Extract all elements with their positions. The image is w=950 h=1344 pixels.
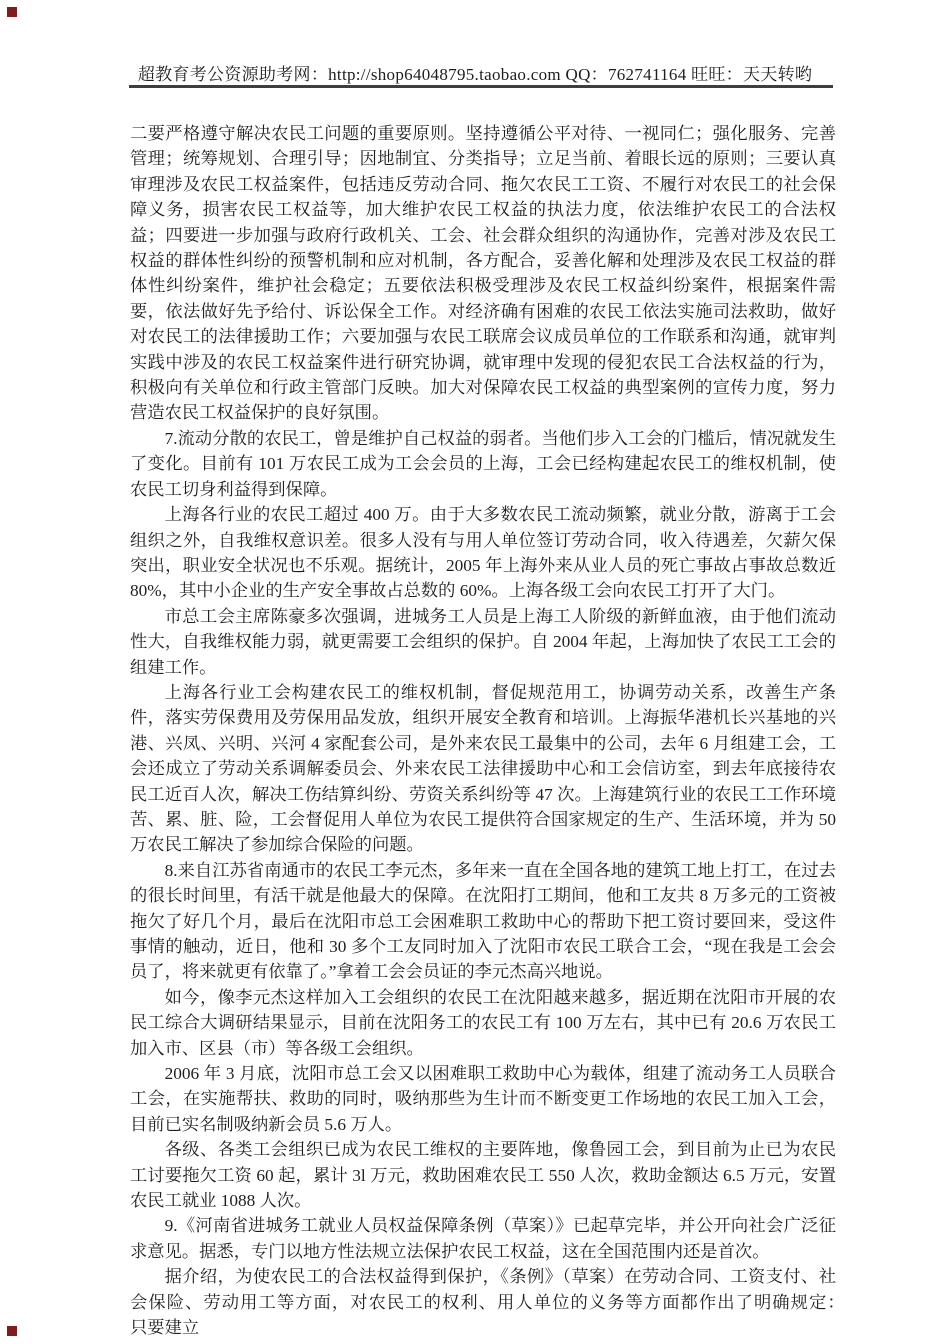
paragraph: 二要严格遵守解决农民工问题的重要原则。坚持遵循公平对待、一视同仁；强化服务、完善… [130,121,836,426]
paragraph: 市总工会主席陈豪多次强调，进城务工人员是上海工人阶级的新鲜血液，由于他们流动性大… [130,604,836,680]
document-body-text: 二要严格遵守解决农民工问题的重要原则。坚持遵循公平对待、一视同仁；强化服务、完善… [130,121,836,1341]
paragraph: 上海各行业工会构建农民工的维权机制，督促规范用工，协调劳动关系，改善生产条件，落… [130,680,836,858]
paragraph: 如今，像李元杰这样加入工会组织的农民工在沈阳越来越多，据近期在沈阳市开展的农民工… [130,985,836,1061]
top-left-corner-marker [7,7,17,17]
document-page: 超教育考公资源助考网：http://shop64048795.taobao.co… [0,0,950,1344]
paragraph: 上海各行业的农民工超过 400 万。由于大多数农民工流动频繁，就业分散，游离于工… [130,502,836,604]
paragraph: 2006 年 3 月底，沈阳市总工会又以困难职工救助中心为载体，组建了流动务工人… [130,1061,836,1137]
page-header: 超教育考公资源助考网：http://shop64048795.taobao.co… [0,60,950,85]
header-watermark-text: 超教育考公资源助考网：http://shop64048795.taobao.co… [138,65,812,84]
paragraph: 7.流动分散的农民工，曾是维护自己权益的弱者。当他们步入工会的门槛后，情况就发生… [130,426,836,502]
paragraph: 各级、各类工会组织已成为农民工维权的主要阵地，像鲁园工会，到目前为止已为农民工讨… [130,1137,836,1213]
paragraph: 据介绍，为使农民工的合法权益得到保护，《条例》（草案）在劳动合同、工资支付、社会… [130,1264,836,1340]
header-divider-line [129,85,833,88]
paragraph: 8.来自江苏省南通市的农民工李元杰，多年来一直在全国各地的建筑工地上打工，在过去… [130,858,836,985]
bottom-left-corner-marker [7,1326,17,1336]
paragraph: 9.《河南省进城务工就业人员权益保障条例（草案）》已起草完毕，并公开向社会广泛征… [130,1213,836,1264]
